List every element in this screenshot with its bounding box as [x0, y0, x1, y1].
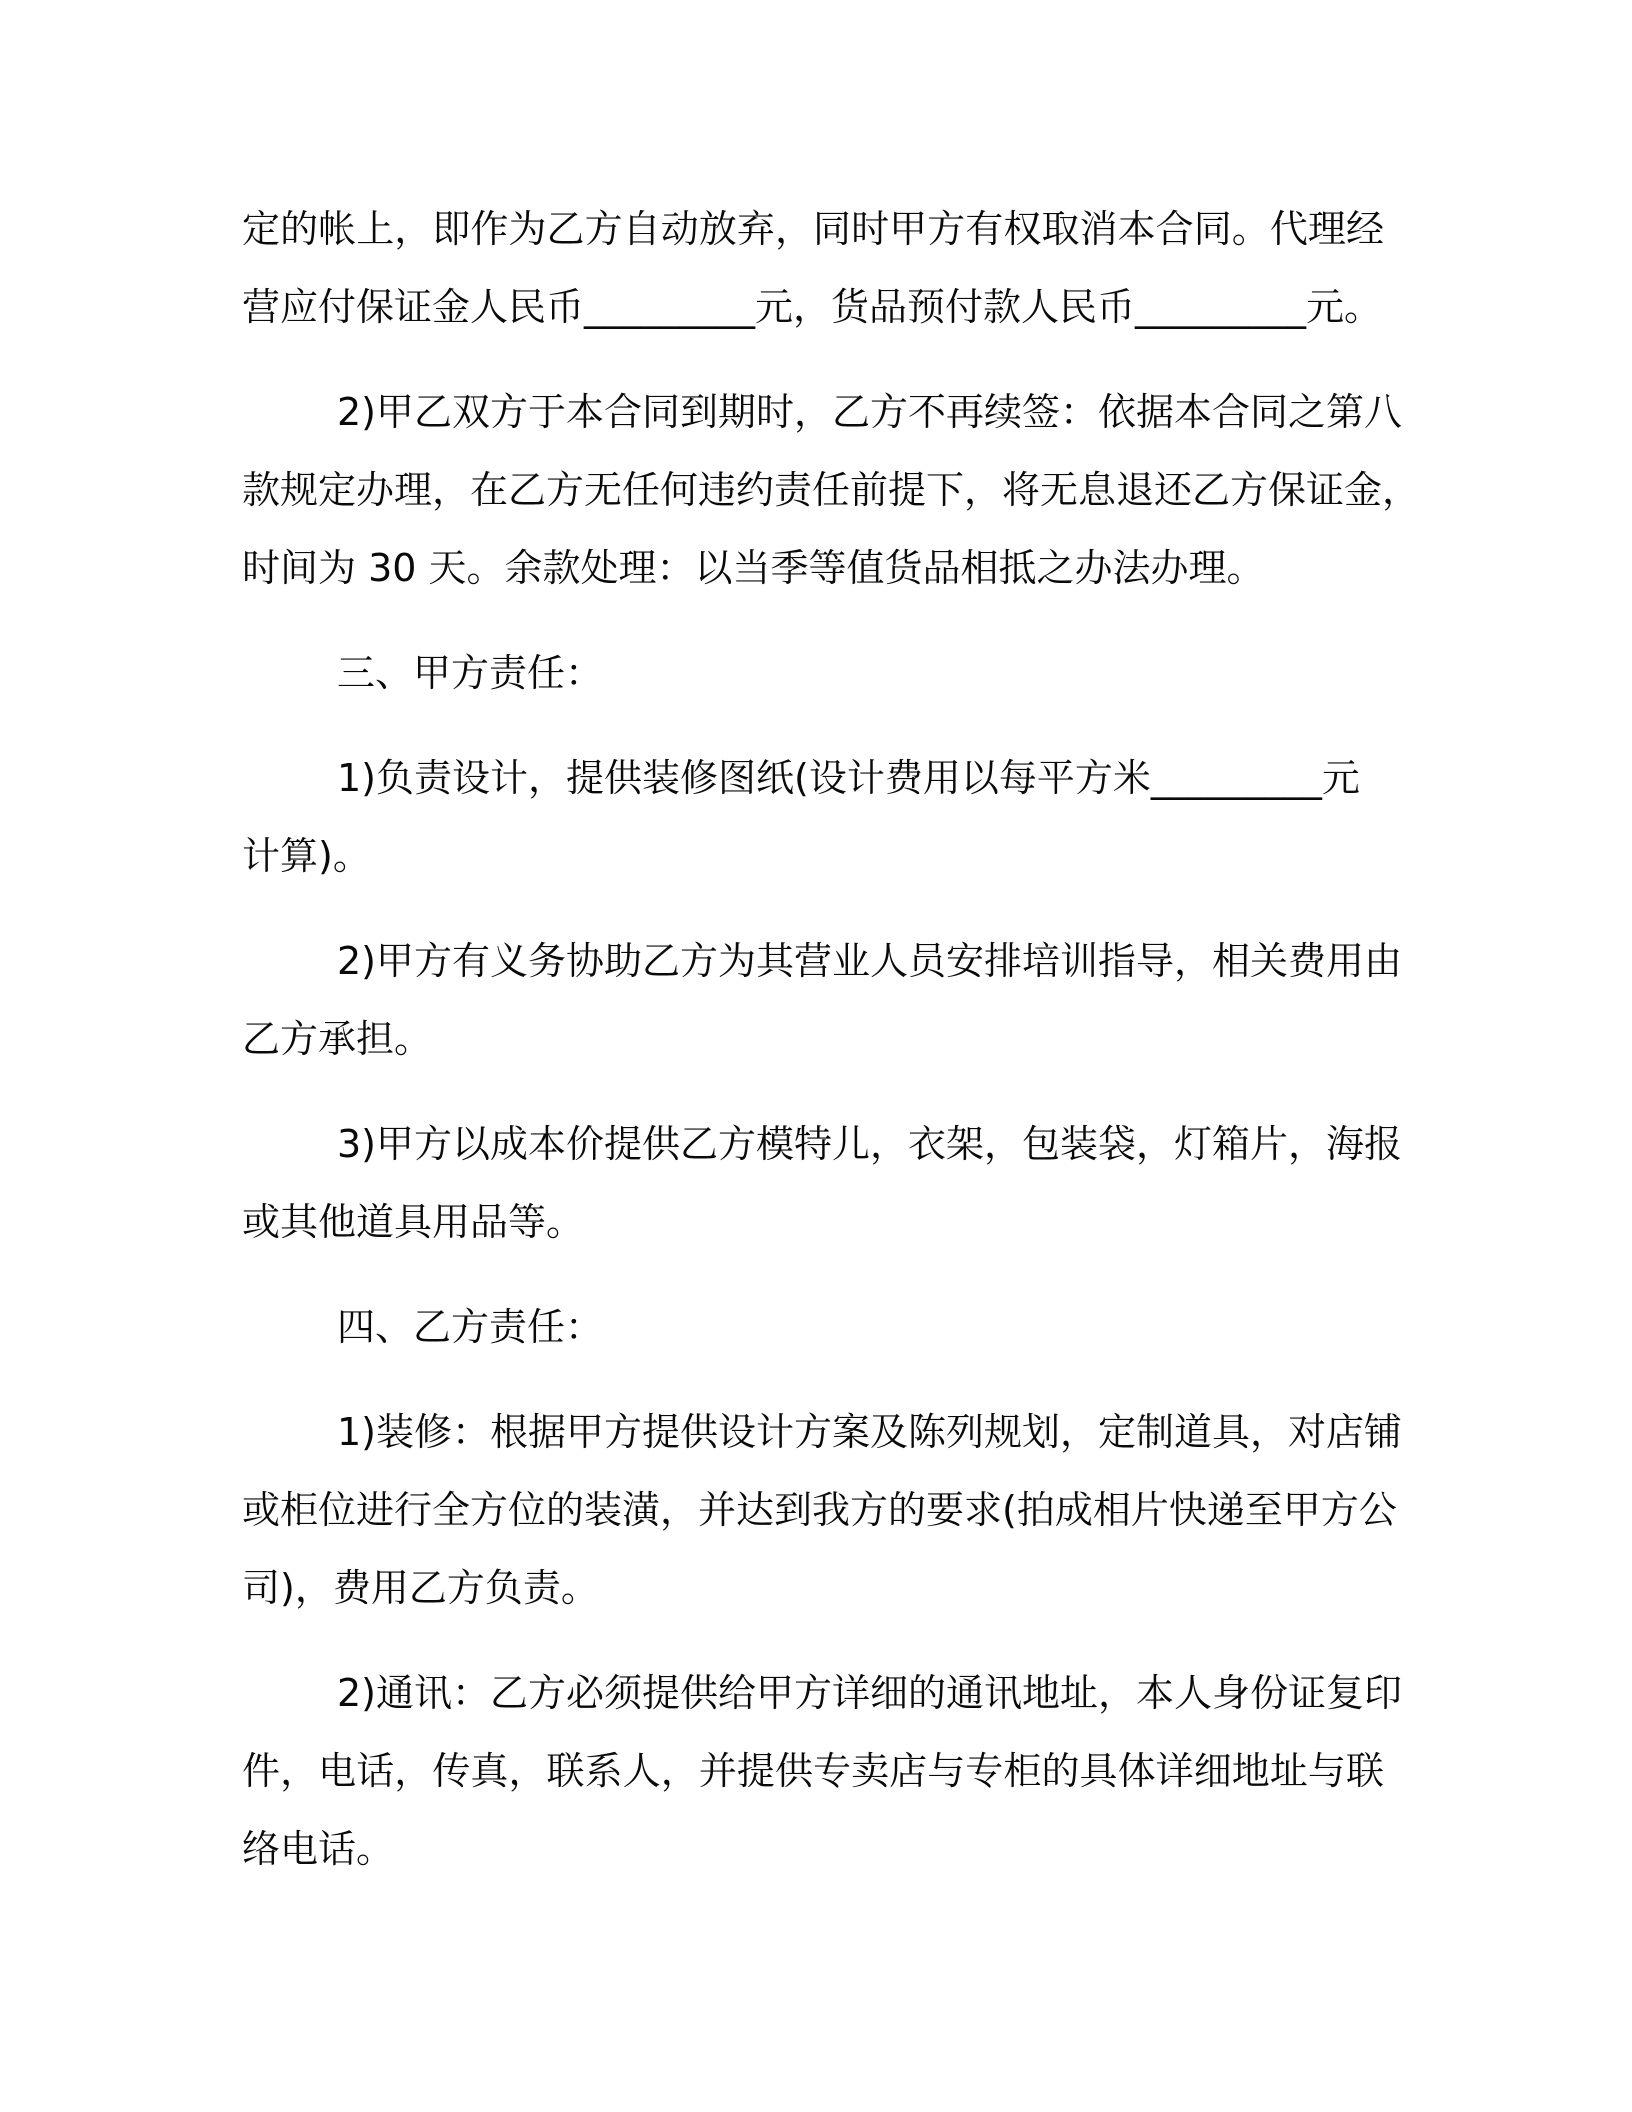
text-line: 定的帐上，即作为乙方自动放弃，同时甲方有权取消本合同。代理经: [242, 190, 1384, 268]
text-line: 3)甲方以成本价提供乙方模特儿，衣架，包装袋，灯箱片，海报: [242, 1105, 1384, 1183]
text-line: 计算)。: [242, 817, 1384, 895]
text-line: 或其他道具用品等。: [242, 1183, 1384, 1261]
text-line: 时间为 30 天。余款处理：以当季等值货品相抵之办法办理。: [242, 529, 1384, 607]
text-line: 乙方承担。: [242, 1000, 1384, 1078]
text-line: 营应付保证金人民币_________元，货品预付款人民币_________元。: [242, 268, 1384, 346]
text-line: 2)甲乙双方于本合同到期时，乙方不再续签：依据本合同之第八: [242, 373, 1384, 451]
text-line: 司)，费用乙方负责。: [242, 1549, 1384, 1627]
paragraph-deposit-forfeit: 定的帐上，即作为乙方自动放弃，同时甲方有权取消本合同。代理经 营应付保证金人民币…: [242, 190, 1384, 346]
text-line: 或柜位进行全方位的装潢，并达到我方的要求(拍成相片快递至甲方公: [242, 1471, 1384, 1549]
text-line: 2)通讯：乙方必须提供给甲方详细的通讯地址，本人身份证复印: [242, 1654, 1384, 1732]
section-heading-party-b-duties: 四、乙方责任：: [242, 1288, 1384, 1366]
paragraph-3-2-training: 2)甲方有义务协助乙方为其营业人员安排培训指导，相关费用由 乙方承担。: [242, 922, 1384, 1078]
paragraph-item-2-expiry: 2)甲乙双方于本合同到期时，乙方不再续签：依据本合同之第八 款规定办理，在乙方无…: [242, 373, 1384, 607]
paragraph-3-1-design: 1)负责设计，提供装修图纸(设计费用以每平方米_________元 计算)。: [242, 739, 1384, 895]
section-heading: 三、甲方责任：: [242, 634, 1384, 712]
text-line: 件，电话，传真，联系人，并提供专卖店与专柜的具体详细地址与联: [242, 1732, 1384, 1810]
section-heading-party-a-duties: 三、甲方责任：: [242, 634, 1384, 712]
text-line: 款规定办理，在乙方无任何违约责任前提下，将无息退还乙方保证金，: [242, 451, 1384, 529]
text-line: 络电话。: [242, 1810, 1384, 1888]
text-line: 2)甲方有义务协助乙方为其营业人员安排培训指导，相关费用由: [242, 922, 1384, 1000]
paragraph-3-3-props: 3)甲方以成本价提供乙方模特儿，衣架，包装袋，灯箱片，海报 或其他道具用品等。: [242, 1105, 1384, 1261]
section-heading: 四、乙方责任：: [242, 1288, 1384, 1366]
text-line: 1)装修：根据甲方提供设计方案及陈列规划，定制道具，对店铺: [242, 1393, 1384, 1471]
text-line: 1)负责设计，提供装修图纸(设计费用以每平方米_________元: [242, 739, 1384, 817]
paragraph-4-1-decoration: 1)装修：根据甲方提供设计方案及陈列规划，定制道具，对店铺 或柜位进行全方位的装…: [242, 1393, 1384, 1627]
document-page: 定的帐上，即作为乙方自动放弃，同时甲方有权取消本合同。代理经 营应付保证金人民币…: [0, 0, 1632, 2112]
paragraph-4-2-communication: 2)通讯：乙方必须提供给甲方详细的通讯地址，本人身份证复印 件，电话，传真，联系…: [242, 1654, 1384, 1888]
document-body: 定的帐上，即作为乙方自动放弃，同时甲方有权取消本合同。代理经 营应付保证金人民币…: [242, 190, 1384, 1915]
